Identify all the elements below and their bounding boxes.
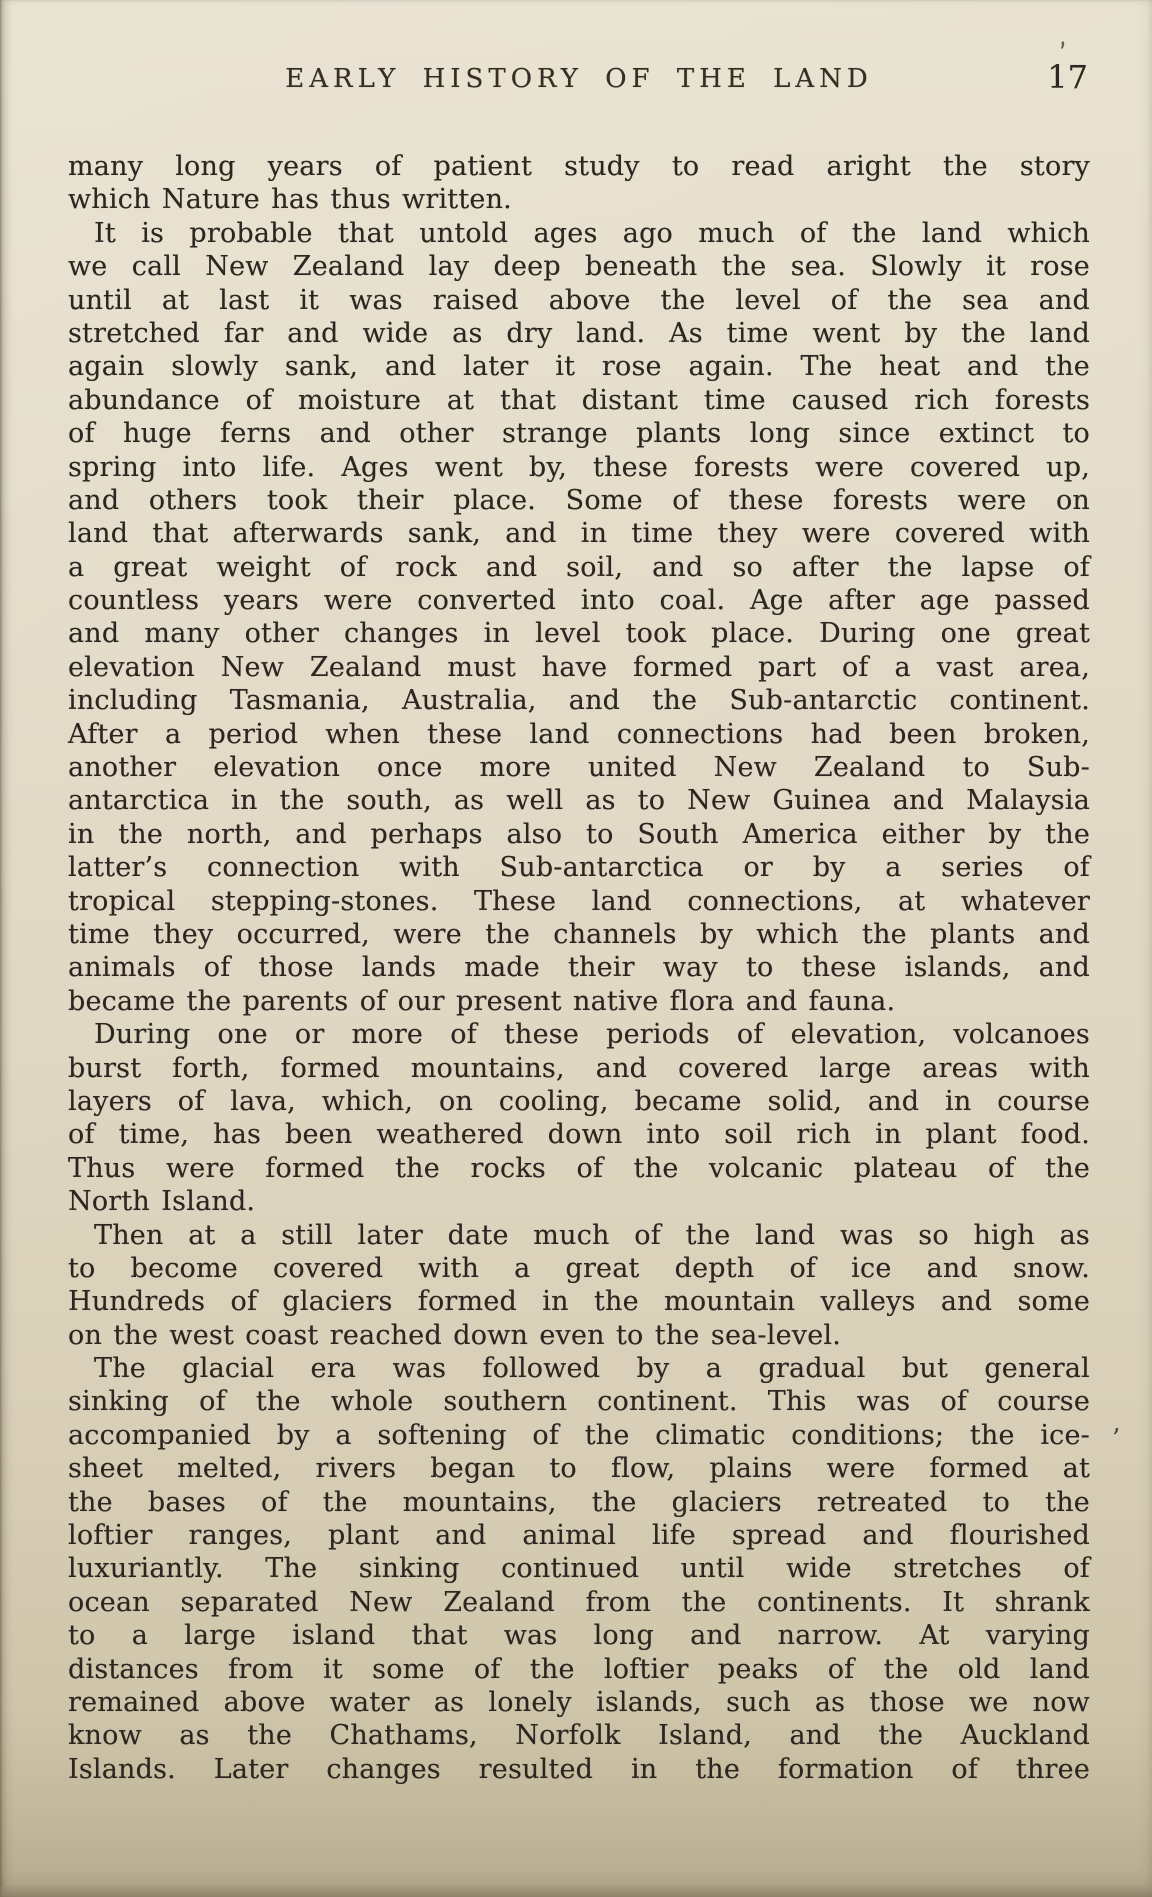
text-line: to a large island that was long and narr… (68, 1619, 1090, 1652)
text-line: we call New Zealand lay deep beneath the… (68, 250, 1090, 283)
text-line: elevation New Zealand must have formed p… (68, 651, 1090, 684)
text-line: During one or more of these periods of e… (68, 1018, 1090, 1051)
text-line: accompanied by a softening of the climat… (68, 1419, 1090, 1452)
text-line: tropical stepping-stones. These land con… (68, 885, 1090, 918)
text-line: which Nature has thus written. (68, 183, 1090, 216)
text-line: of time, has been weathered down into so… (68, 1118, 1090, 1151)
text-line: a great weight of rock and soil, and so … (68, 551, 1090, 584)
page-body: many long years of patient study to read… (68, 150, 1090, 1786)
text-line: countless years were converted into coal… (68, 584, 1090, 617)
text-line: until at last it was raised above the le… (68, 284, 1090, 317)
text-line: land that afterwards sank, and in time t… (68, 517, 1090, 550)
text-line: ocean separated New Zealand from the con… (68, 1586, 1090, 1619)
text-line: North Island. (68, 1185, 1090, 1218)
text-line: another elevation once more united New Z… (68, 751, 1090, 784)
text-line: know as the Chathams, Norfolk Island, an… (68, 1719, 1090, 1752)
text-line: the bases of the mountains, the glaciers… (68, 1486, 1090, 1519)
text-line: time they occurred, were the channels by… (68, 918, 1090, 951)
text-line: animals of those lands made their way to… (68, 951, 1090, 984)
text-line: spring into life. Ages went by, these fo… (68, 451, 1090, 484)
text-line: in the north, and perhaps also to South … (68, 818, 1090, 851)
text-line: on the west coast reached down even to t… (68, 1319, 1090, 1352)
text-line: of huge ferns and other strange plants l… (68, 417, 1090, 450)
stray-apostrophe-mark: ’ (1112, 1424, 1120, 1454)
text-line: sheet melted, rivers began to flow, plai… (68, 1452, 1090, 1485)
chapter-title: EARLY HISTORY OF THE LAND (68, 64, 1090, 94)
text-line: and many other changes in level took pla… (68, 617, 1090, 650)
text-line: remained above water as lonely islands, … (68, 1686, 1090, 1719)
text-line: Thus were formed the rocks of the volcan… (68, 1152, 1090, 1185)
text-line: After a period when these land connectio… (68, 718, 1090, 751)
text-line: Hundreds of glaciers formed in the mount… (68, 1285, 1090, 1318)
text-line: distances from it some of the loftier pe… (68, 1653, 1090, 1686)
text-line: Islands. Later changes resulted in the f… (68, 1753, 1090, 1786)
text-line: including Tasmania, Australia, and the S… (68, 684, 1090, 717)
text-line: luxuriantly. The sinking continued until… (68, 1552, 1090, 1585)
text-line: layers of lava, which, on cooling, becam… (68, 1085, 1090, 1118)
text-line: latter’s connection with Sub-antarctica … (68, 851, 1090, 884)
text-line: abundance of moisture at that distant ti… (68, 384, 1090, 417)
text-line: and others took their place. Some of the… (68, 484, 1090, 517)
text-line: burst forth, formed mountains, and cover… (68, 1052, 1090, 1085)
text-line: sinking of the whole southern continent.… (68, 1385, 1090, 1418)
text-line: many long years of patient study to read… (68, 150, 1090, 183)
text-line: to become covered with a great depth of … (68, 1252, 1090, 1285)
text-line: Then at a still later date much of the l… (68, 1219, 1090, 1252)
text-line: antarctica in the south, as well as to N… (68, 784, 1090, 817)
text-line: The glacial era was followed by a gradua… (68, 1352, 1090, 1385)
text-line: became the parents of our present native… (68, 985, 1090, 1018)
page-bottom-edge-shadow (0, 1886, 1152, 1897)
text-line: stretched far and wide as dry land. As t… (68, 317, 1090, 350)
text-line: It is probable that untold ages ago much… (68, 217, 1090, 250)
text-line: again slowly sank, and later it rose aga… (68, 350, 1090, 383)
running-head: EARLY HISTORY OF THE LAND 17 (68, 58, 1090, 104)
scanned-book-page: EARLY HISTORY OF THE LAND 17 ’ many long… (0, 0, 1152, 1897)
text-line: loftier ranges, plant and animal life sp… (68, 1519, 1090, 1552)
